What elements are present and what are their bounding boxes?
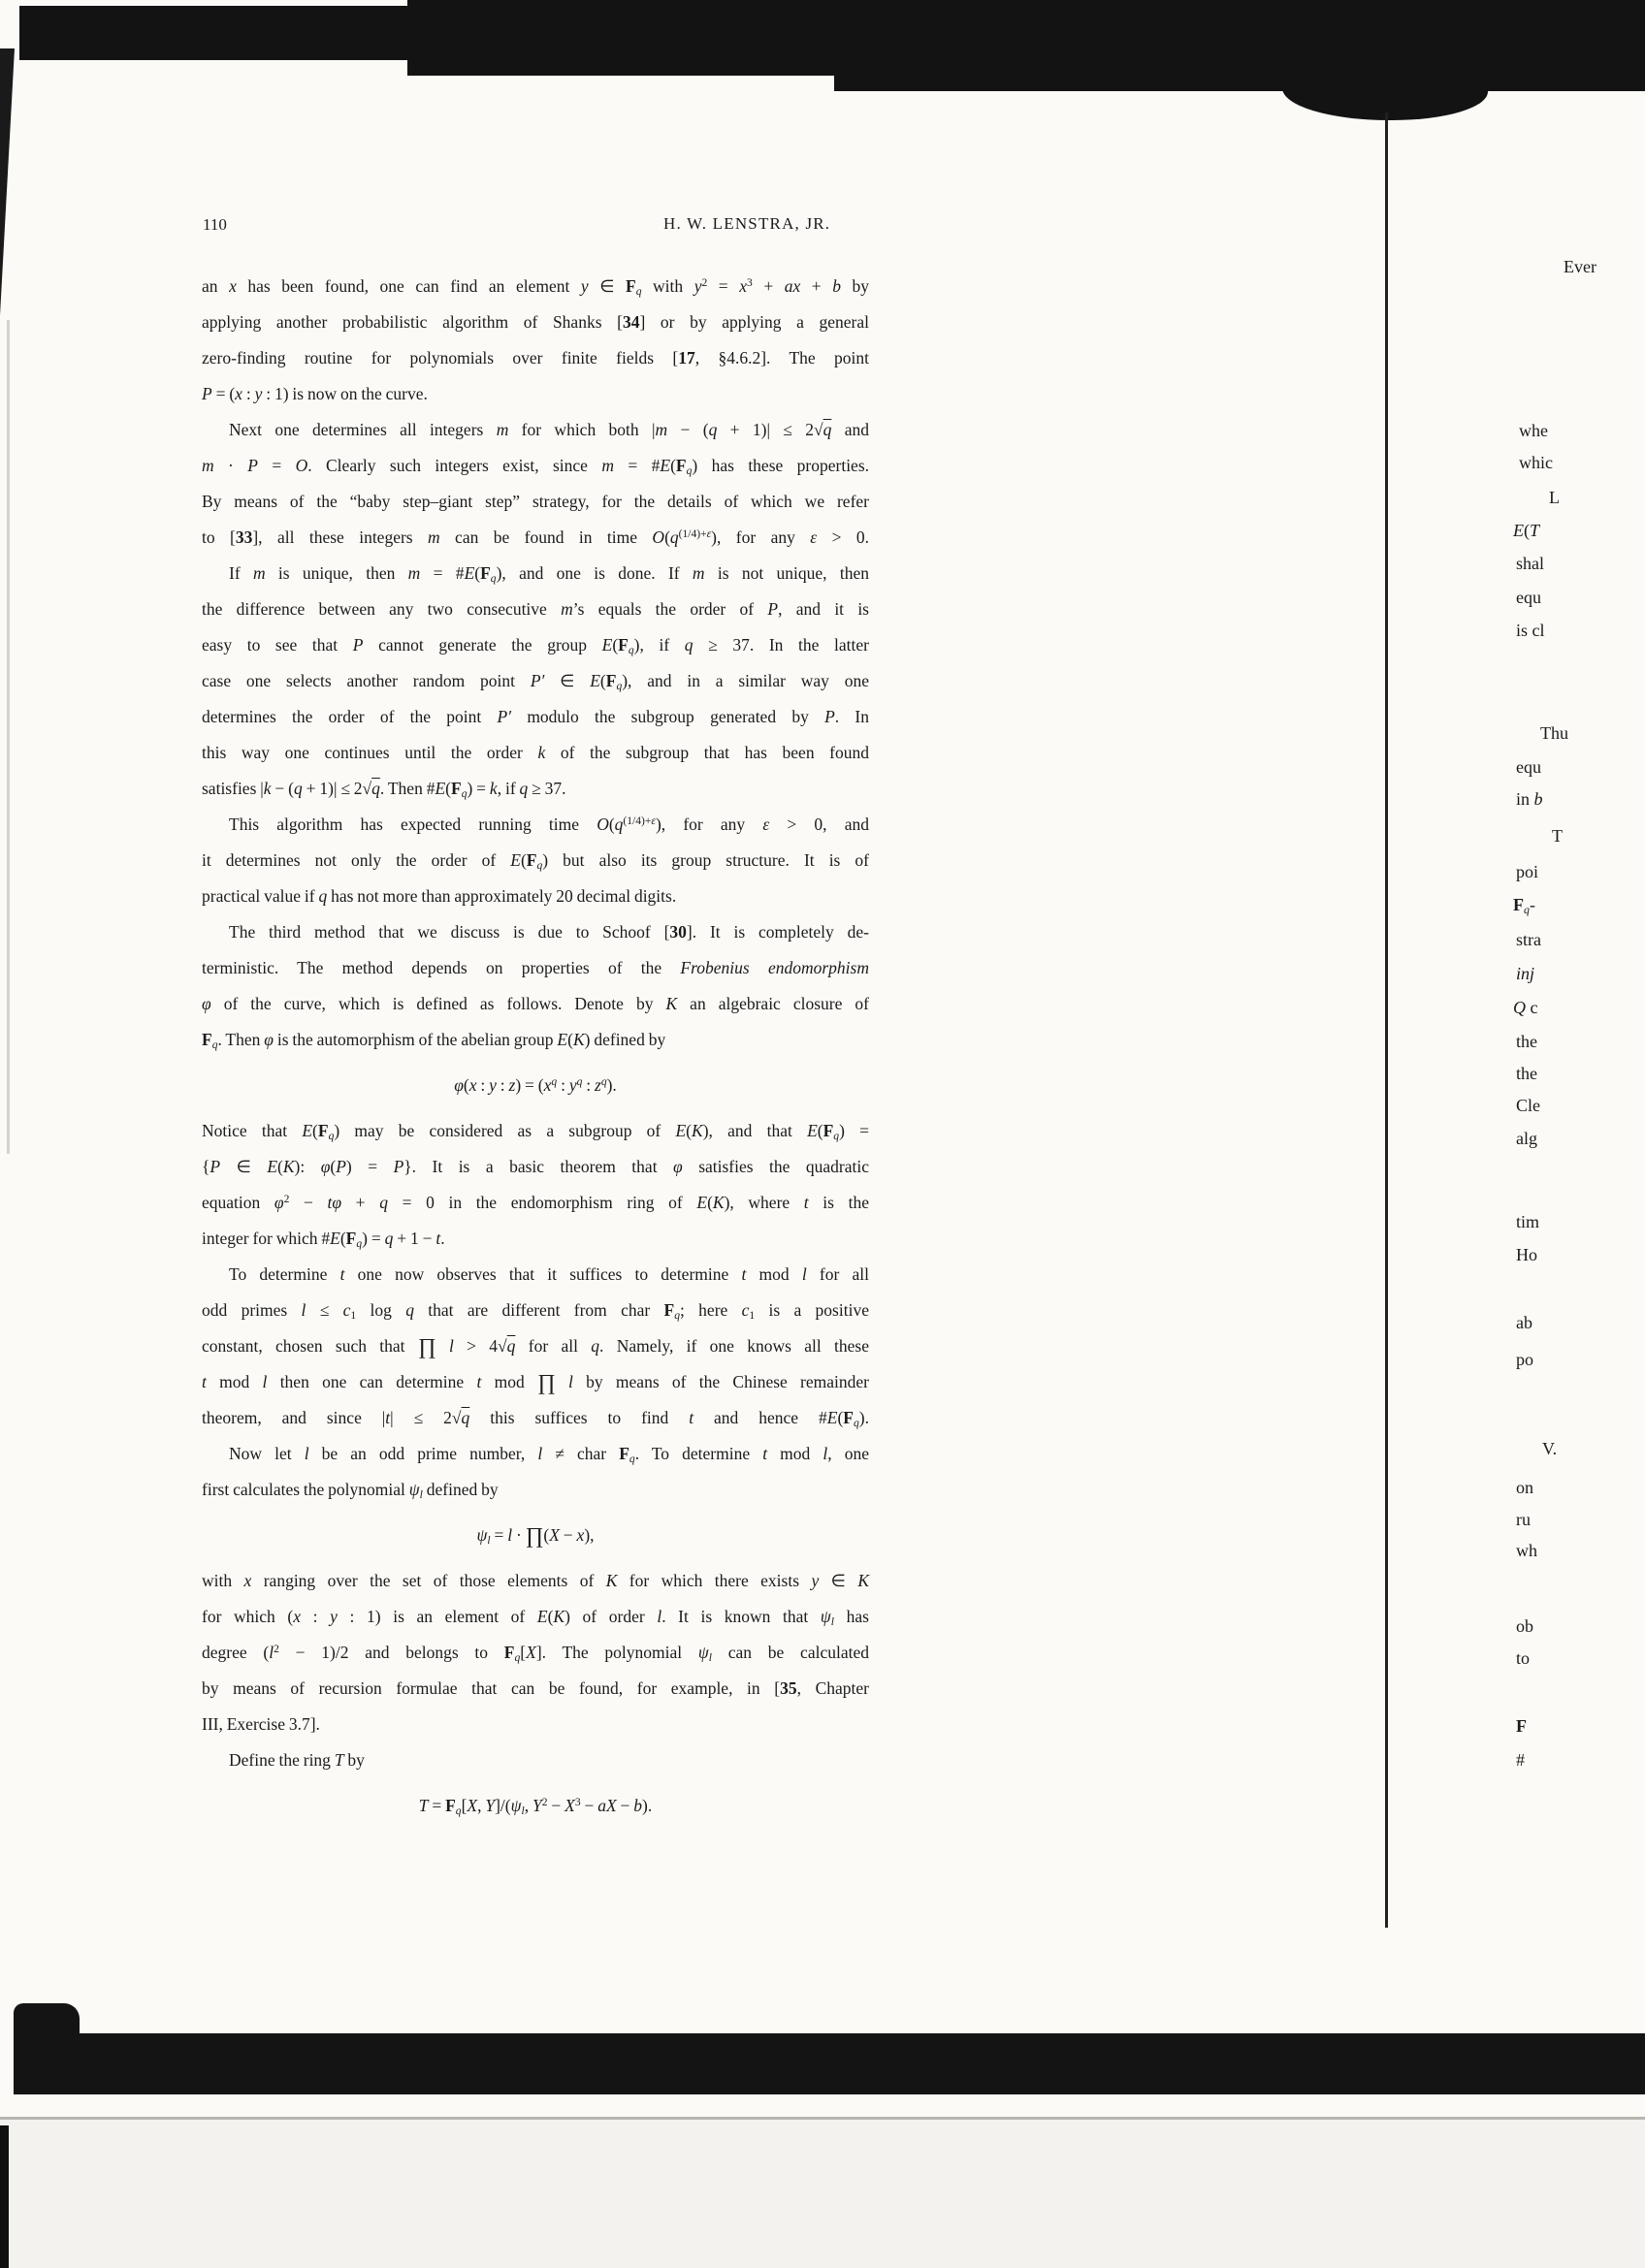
body-line: odd primes l ≤ c1 log q that are differe…	[202, 1293, 869, 1328]
body-line: by means of recursion formulae that can …	[202, 1671, 869, 1707]
adjacent-page-fragment: is cl	[1516, 620, 1545, 641]
adjacent-page-fragment: L	[1549, 487, 1560, 508]
body-line: an x has been found, one can find an ele…	[202, 269, 869, 304]
body-line: with x ranging over the set of those ele…	[202, 1563, 869, 1599]
adjacent-page-fragment: ab	[1516, 1312, 1532, 1333]
body-line: satisfies |k − (q + 1)| ≤ 2√q. Then #E(F…	[202, 771, 869, 807]
adjacent-page-fragment: stra	[1516, 929, 1541, 950]
adjacent-page-fragment: #	[1516, 1749, 1525, 1771]
adjacent-page-fragment: Cle	[1516, 1095, 1540, 1116]
body-line: easy to see that P cannot generate the g…	[202, 627, 869, 663]
adjacent-page-fragment: the	[1516, 1031, 1537, 1052]
adjacent-page-fragment: F	[1516, 1715, 1527, 1737]
body-line: Fq. Then φ is the automorphism of the ab…	[202, 1022, 869, 1058]
body-line: practical value if q has not more than a…	[202, 878, 869, 914]
top-scan-band-right	[834, 0, 1645, 91]
body-line: t mod l then one can determine t mod ∏ l…	[202, 1364, 869, 1400]
spine-shadow-line	[1385, 112, 1388, 1928]
adjacent-page-fragment: E(T	[1513, 520, 1539, 541]
adjacent-page-fragment: poi	[1516, 861, 1538, 882]
adjacent-page-fragment: tim	[1516, 1211, 1539, 1232]
body-line: If m is unique, then m = #E(Fq), and one…	[202, 556, 869, 591]
body-line: it determines not only the order of E(Fq…	[202, 843, 869, 878]
bottom-left-edge-shadow	[0, 2125, 9, 2268]
bottom-scan-band	[14, 2033, 1645, 2094]
body-line: φ of the curve, which is defined as foll…	[202, 986, 869, 1022]
spine-shadow-dip	[1282, 58, 1488, 120]
adjacent-page-fragment: wh	[1516, 1540, 1537, 1561]
adjacent-page-fragment: po	[1516, 1349, 1533, 1370]
adjacent-page-fragment: inj	[1516, 963, 1534, 984]
adjacent-page-fragment: in b	[1516, 788, 1543, 810]
body-line: theorem, and since |t| ≤ 2√q this suffic…	[202, 1400, 869, 1436]
adjacent-page-fragment: V.	[1542, 1438, 1557, 1459]
body-line: Define the ring T by	[202, 1742, 869, 1778]
body-line: degree (l2 − 1)/2 and belongs to Fq[X]. …	[202, 1635, 869, 1671]
adjacent-page-fragment: equ	[1516, 756, 1541, 778]
body-line: III, Exercise 3.7].	[202, 1707, 869, 1742]
body-line: P = (x : y : 1) is now on the curve.	[202, 376, 869, 412]
scanner-bed-area	[0, 2120, 1645, 2268]
body-line: the difference between any two consecuti…	[202, 591, 869, 627]
body-line: {P ∈ E(K): φ(P) = P}. It is a basic theo…	[202, 1149, 869, 1185]
body-line: to [33], all these integers m can be fou…	[202, 520, 869, 556]
adjacent-page-fragment: Ho	[1516, 1244, 1537, 1265]
body-line: this way one continues until the order k…	[202, 735, 869, 771]
adjacent-page-fragment: shal	[1516, 553, 1544, 574]
adjacent-page-fragment: whic	[1519, 452, 1553, 473]
page-number: 110	[203, 215, 227, 235]
adjacent-page-fragment: to	[1516, 1647, 1530, 1669]
adjacent-page-fragment: Fq-	[1513, 894, 1535, 915]
adjacent-page-fragment: ob	[1516, 1615, 1533, 1637]
left-edge-shadow	[0, 48, 15, 315]
body-line: first calculates the polynomial ψl defin…	[202, 1472, 869, 1508]
body-line: terministic. The method depends on prope…	[202, 950, 869, 986]
adjacent-page-fragment: on	[1516, 1477, 1533, 1498]
body-line: To determine t one now observes that it …	[202, 1257, 869, 1293]
adjacent-page-fragment: equ	[1516, 587, 1541, 608]
running-head: H. W. LENSTRA, JR.	[663, 214, 830, 234]
left-edge-hairline	[7, 320, 10, 1154]
adjacent-page-fragment: Q c	[1513, 997, 1538, 1018]
adjacent-page-fragment: T	[1552, 825, 1563, 847]
body-line: Next one determines all integers m for w…	[202, 412, 869, 448]
display-formula-psi: ψl = l · ∏(X − x),	[202, 1517, 869, 1553]
body-line: equation φ2 − tφ + q = 0 in the endomorp…	[202, 1185, 869, 1221]
body-line: This algorithm has expected running time…	[202, 807, 869, 843]
body-line: integer for which #E(Fq) = q + 1 − t.	[202, 1221, 869, 1257]
adjacent-page-fragment: ru	[1516, 1509, 1531, 1530]
display-formula-ring-T: T = Fq[X, Y]/(ψl, Y2 − X3 − aX − b).	[202, 1788, 869, 1824]
adjacent-page-fragment: Thu	[1540, 722, 1568, 744]
body-text-column: an x has been found, one can find an ele…	[202, 269, 869, 1834]
body-line: for which (x : y : 1) is an element of E…	[202, 1599, 869, 1635]
adjacent-page-fragment: alg	[1516, 1128, 1537, 1149]
body-line: zero-finding routine for polynomials ove…	[202, 340, 869, 376]
body-line: applying another probabilistic algorithm…	[202, 304, 869, 340]
display-formula-frobenius: φ(x : y : z) = (xq : yq : zq).	[202, 1068, 869, 1103]
body-line: Notice that E(Fq) may be considered as a…	[202, 1113, 869, 1149]
body-line: By means of the “baby step–giant step” s…	[202, 484, 869, 520]
body-line: constant, chosen such that ∏ l > 4√q for…	[202, 1328, 869, 1364]
body-line: The third method that we discuss is due …	[202, 914, 869, 950]
adjacent-page-fragment: the	[1516, 1063, 1537, 1084]
scanned-paper-page: 110 H. W. LENSTRA, JR. an x has been fou…	[0, 0, 1645, 2268]
body-line: Now let l be an odd prime number, l ≠ ch…	[202, 1436, 869, 1472]
body-line: m · P = O. Clearly such integers exist, …	[202, 448, 869, 484]
adjacent-page-fragment: Ever	[1564, 256, 1597, 277]
body-line: determines the order of the point P′ mod…	[202, 699, 869, 735]
body-line: case one selects another random point P′…	[202, 663, 869, 699]
adjacent-page-fragment: whe	[1519, 420, 1548, 441]
